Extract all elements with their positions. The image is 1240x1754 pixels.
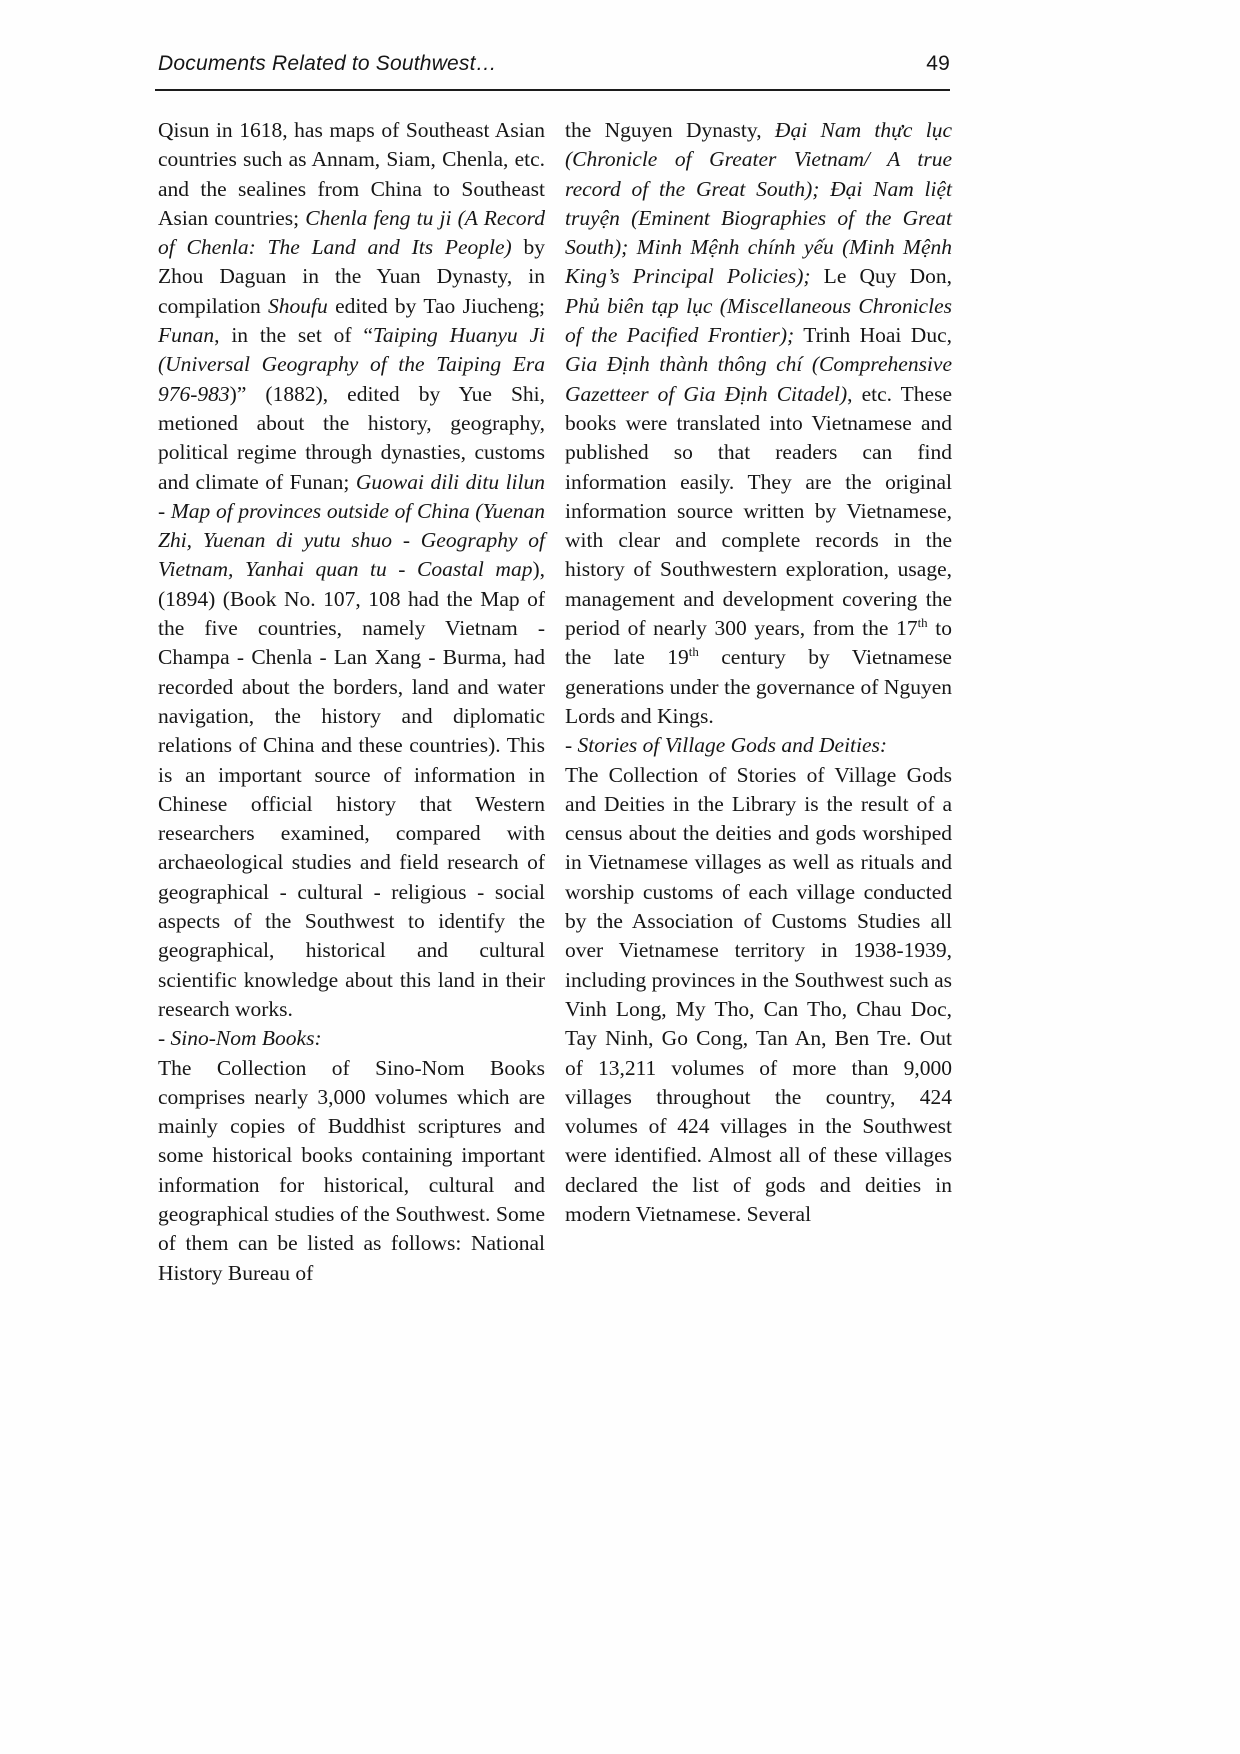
column-left: Qisun in 1618, has maps of Southeast Asi…	[158, 116, 545, 1288]
paragraph-chinese-sources: Qisun in 1618, has maps of Southeast Asi…	[158, 116, 545, 1024]
text-columns: Qisun in 1618, has maps of Southeast Asi…	[158, 116, 952, 1288]
section-heading-village-gods: - Stories of Village Gods and Deities:	[565, 731, 952, 760]
journal-page: Documents Related to Southwest… 49 Qisun…	[0, 0, 1240, 1754]
section-heading-sino-nom-books: - Sino-Nom Books:	[158, 1024, 545, 1053]
paragraph-sino-nom-collection: The Collection of Sino-Nom Books compris…	[158, 1054, 545, 1288]
header-rule	[155, 89, 950, 91]
page-number: 49	[926, 52, 950, 76]
running-title: Documents Related to Southwest…	[158, 52, 497, 76]
paragraph-nguyen-dynasty-books: the Nguyen Dynasty, Đại Nam thực lục (Ch…	[565, 116, 952, 731]
running-header: Documents Related to Southwest… 49	[158, 52, 950, 76]
column-right: the Nguyen Dynasty, Đại Nam thực lục (Ch…	[565, 116, 952, 1288]
paragraph-village-gods-collection: The Collection of Stories of Village God…	[565, 761, 952, 1230]
